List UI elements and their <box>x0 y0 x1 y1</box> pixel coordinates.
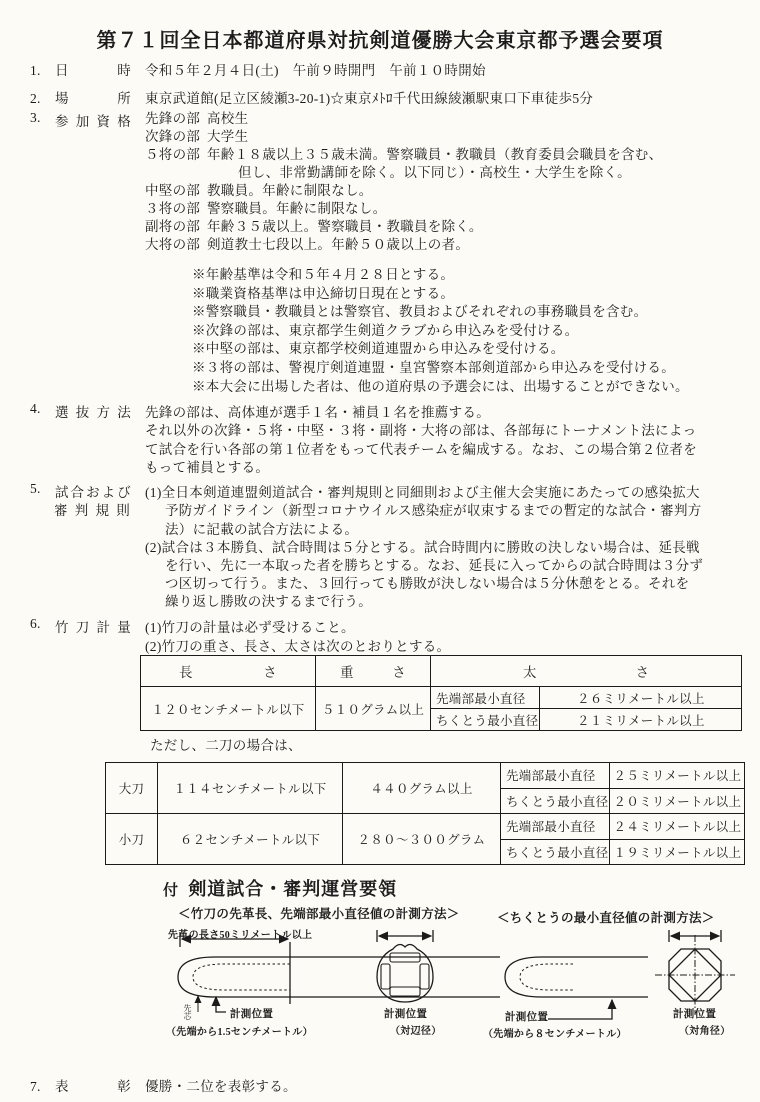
measure-position-note: （対辺径） <box>390 1022 442 1037</box>
table-header-row: 長 さ 重 さ 太 さ <box>141 656 742 687</box>
appendix-title-text: 剣道試合・審判運営要領 <box>188 879 397 899</box>
header-length: 長 さ <box>141 656 316 687</box>
measure-pointer-arrow <box>216 997 226 1012</box>
date-text: 令和５年２月４日(土) 午前９時開門 午前１０時開始 <box>145 63 486 78</box>
section-label-line2: 審 判 規 則 <box>54 499 130 519</box>
rules-line: 法）に記載の試合方法による。 <box>165 518 358 538</box>
section-label: 日 時 <box>55 59 131 79</box>
selection-line: て試合を行い各部の第１位者をもって代表チームを編成する。なお、この場合第２位者を <box>145 438 697 458</box>
section-number: 7. <box>30 1079 55 1095</box>
measure-position-label: 計測位置 <box>505 1009 548 1024</box>
thickness-part: 先端部最小直径 <box>501 763 610 789</box>
thickness-value: ２１ミリメートル以上 <box>540 709 742 731</box>
rules-line: (2)試合は３本勝負、試合時間は５分とする。試合時間内に勝敗の決しない場合は、延… <box>145 536 700 556</box>
length-value: ６２センチメートル以下 <box>158 814 343 865</box>
qualification-row: 副将の部年齢３５歳以上。警察職員・教職員を除く。 <box>145 218 662 236</box>
thickness-value: １９ミリメートル以上 <box>610 839 745 865</box>
measure-position-note: （先端から1.5センチメートル） <box>166 1023 313 1038</box>
section-label: 竹 刀 計 量 <box>55 616 131 636</box>
section-award: 7.表 彰優勝・二位を表彰する。 <box>30 1075 297 1095</box>
header-thickness: 太 さ <box>431 656 742 687</box>
qualification-row: 先鋒の部高校生 <box>145 110 662 128</box>
section-number: 6. <box>30 616 55 632</box>
measurement-diagrams <box>0 920 760 1062</box>
table-row: 小刀 ６２センチメートル以下 ２８０～３００グラム 先端部最小直径 ２４ミリメー… <box>106 814 745 840</box>
thickness-part: ちくとう最小直径 <box>501 788 610 814</box>
thickness-value: ２０ミリメートル以上 <box>610 788 745 814</box>
weight-value: ５１０グラム以上 <box>316 687 431 731</box>
qualification-row: 次鋒の部大学生 <box>145 128 662 146</box>
note-line: ※年齢基準は令和５年４月２８日とする。 <box>192 266 689 285</box>
length-value: １１４センチメートル以下 <box>158 763 343 814</box>
weight-value: ４４０グラム以上 <box>343 763 501 814</box>
sword-name: 大刀 <box>106 763 158 814</box>
section-number: 1. <box>30 63 55 79</box>
scanned-document-page: 第７１回全日本都道府県対抗剣道優勝大会東京都予選会要項 1.日 時令和５年２月４… <box>0 0 760 1102</box>
shinai-core-dotted-outline <box>520 964 573 990</box>
section-label: 試合および <box>55 481 131 501</box>
section-label: 表 彰 <box>55 1075 131 1095</box>
measure-pointer-arrow <box>548 1000 612 1019</box>
table-row: 大刀 １１４センチメートル以下 ４４０グラム以上 先端部最小直径 ２５ミリメート… <box>106 763 745 789</box>
thickness-part: 先端部最小直径 <box>501 814 610 840</box>
qualification-row: ５将の部年齢１８歳以上３５歳未満。警察職員・教職員（教育委員会職員を含む、 <box>145 146 662 164</box>
section-shinai: 6.竹 刀 計 量 <box>30 616 145 636</box>
shinai-line: (2)竹刀の重さ、長さ、太さは次のとおりとする。 <box>145 635 450 655</box>
core-label: 先芯 <box>182 1004 193 1020</box>
rules-line: 繰り返し勝敗の決するまで行う。 <box>165 590 372 610</box>
measure-position-label: 計測位置 <box>230 1006 273 1021</box>
measure-position-note: （先端から８センチメートル） <box>483 1025 627 1040</box>
section-selection: 4.選 抜 方 法 <box>30 401 145 421</box>
two-sword-spec-table: 大刀 １１４センチメートル以下 ４４０グラム以上 先端部最小直径 ２５ミリメート… <box>105 762 745 865</box>
section-rules: 5.試合および <box>30 481 145 501</box>
sakigawa-length-label: 先革の長さ50ミリメートル以上 <box>168 926 312 941</box>
rules-line: を行い、先に一本取った者を勝ちとする。なお、延長に入ってからの試合時間は３分ず <box>165 554 703 574</box>
shinai-tip-outline <box>505 957 648 997</box>
bamboo-slat-bottom <box>390 987 420 996</box>
header-weight: 重 さ <box>316 656 431 687</box>
note-line: ※警察職員・教職員とは警察官、教員およびそれぞれの事務職員を含む。 <box>192 303 689 322</box>
measure-position-note: （対角径） <box>679 1022 731 1037</box>
bamboo-slat-right <box>420 964 429 989</box>
thickness-part: ちくとう最小直径 <box>501 839 610 865</box>
thickness-value: ２５ミリメートル以上 <box>610 763 745 789</box>
place-text: 東京武道館(足立区綾瀬3-20-1)☆東京ﾒﾄﾛ千代田線綾瀬駅東口下車徒歩5分 <box>145 91 593 106</box>
section-number: 4. <box>30 401 55 417</box>
qualification-notes: ※年齢基準は令和５年４月２８日とする。 ※職業資格基準は申込締切日現在とする。 … <box>192 266 689 396</box>
section-label: 選 抜 方 法 <box>55 401 131 421</box>
selection-line: 先鋒の部は、高体連が選手１名・補員１名を推薦する。 <box>145 401 490 421</box>
appendix-title: 付剣道試合・審判運営要領 <box>163 875 397 901</box>
shinai-core-dotted-outline <box>193 964 290 990</box>
qualification-row: 大将の部剣道教士七段以上。年齢５０歳以上の者。 <box>145 236 662 254</box>
qualification-row: ３将の部警察職員。年齢に制限なし。 <box>145 200 662 218</box>
weight-value: ２８０～３００グラム <box>343 814 501 865</box>
bamboo-slat-left <box>381 964 390 989</box>
table-row: １２０センチメートル以下 ５１０グラム以上 先端部最小直径 ２６ミリメートル以上 <box>141 687 742 709</box>
appendix-prefix: 付 <box>163 882 178 899</box>
rules-line: つ区切って行う。また、３回行っても勝敗が決しない場合は５分休憩をとる。それを <box>165 572 689 592</box>
document-title: 第７１回全日本都道府県対抗剣道優勝大会東京都予選会要項 <box>0 24 760 53</box>
qualification-row-continued: 但し、非常勤講師を除く。以下同じ）・高校生・大学生を除く。 <box>145 164 662 182</box>
award-text: 優勝・二位を表彰する。 <box>145 1079 297 1094</box>
note-line: ※中堅の部は、東京都学校剣道連盟から申込みを受付ける。 <box>192 340 689 359</box>
section-label: 場 所 <box>55 87 131 107</box>
section-number: 2. <box>30 91 55 107</box>
thickness-part: 先端部最小直径 <box>431 687 540 709</box>
two-sword-note: ただし、二刀の場合は、 <box>150 734 302 754</box>
shinai-line: (1)竹刀の計量は必ず受けること。 <box>145 616 355 636</box>
tip-cross-section-diagram <box>377 930 433 1002</box>
note-line: ※本大会に出場した者は、他の道府県の予選会には、出場することができない。 <box>192 378 689 397</box>
note-line: ※次鋒の部は、東京都学生剣道クラブから申込みを受付ける。 <box>192 322 689 341</box>
thickness-value: ２６ミリメートル以上 <box>540 687 742 709</box>
sword-name: 小刀 <box>106 814 158 865</box>
sakigawa-side-view-diagram <box>178 932 500 1012</box>
chikutou-cross-section-diagram <box>655 930 735 1015</box>
note-line: ※職業資格基準は申込締切日現在とする。 <box>192 285 689 304</box>
note-line: ※３将の部は、警視庁剣道連盟・皇宮警察本部剣道部から申込みを受付ける。 <box>192 359 689 378</box>
length-value: １２０センチメートル以下 <box>141 687 316 731</box>
rules-line: (1)全日本剣道連盟剣道試合・審判規則と同細則および主催大会実施にあたっての感染… <box>145 481 700 501</box>
section-label: 参 加 資 格 <box>55 110 131 130</box>
selection-line: それ以外の次鋒・５将・中堅・３将・副将・大将の部は、各部毎にトーナメント法によっ <box>145 419 696 439</box>
thickness-value: ２４ミリメートル以上 <box>610 814 745 840</box>
shinai-tip-outline <box>178 957 500 997</box>
thickness-part: ちくとう最小直径 <box>431 709 540 731</box>
selection-line: もって補員とする。 <box>145 456 269 476</box>
section-number: 5. <box>30 481 55 497</box>
section-place: 2.場 所東京武道館(足立区綾瀬3-20-1)☆東京ﾒﾄﾛ千代田線綾瀬駅東口下車… <box>30 87 593 107</box>
shinai-spec-table: 長 さ 重 さ 太 さ １２０センチメートル以下 ５１０グラム以上 先端部最小直… <box>140 655 742 731</box>
section-date: 1.日 時令和５年２月４日(土) 午前９時開門 午前１０時開始 <box>30 59 486 79</box>
measure-position-label: 計測位置 <box>673 1006 716 1021</box>
measure-position-label: 計測位置 <box>384 1006 427 1021</box>
rules-line: 予防ガイドライン（新型コロナウイルス感染症が収束するまでの暫定的な試合・審判方 <box>165 499 702 519</box>
section-qualification: 3.参 加 資 格 <box>30 110 145 130</box>
qualification-rows: 先鋒の部高校生 次鋒の部大学生 ５将の部年齢１８歳以上３５歳未満。警察職員・教職… <box>145 110 662 254</box>
section-number: 3. <box>30 110 55 126</box>
qualification-row: 中堅の部教職員。年齢に制限なし。 <box>145 182 662 200</box>
